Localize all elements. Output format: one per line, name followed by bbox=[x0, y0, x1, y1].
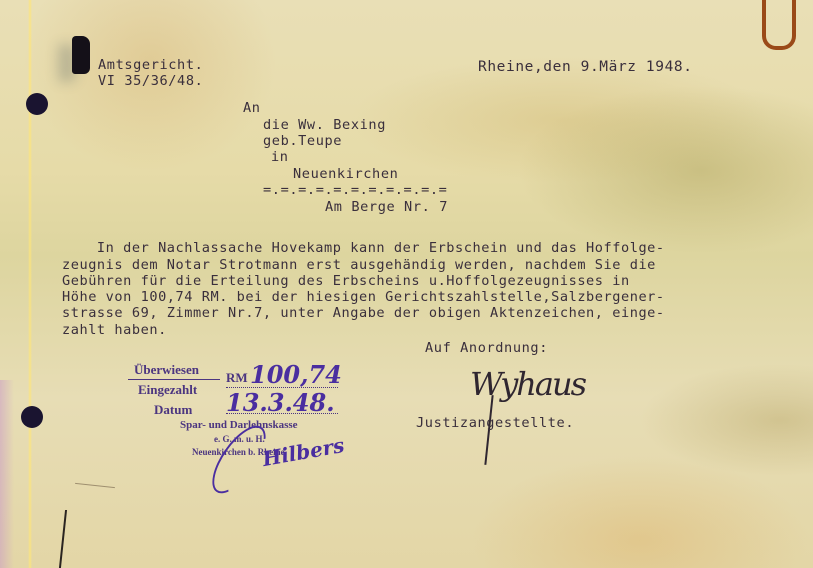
body-line: zeugnis dem Notar Strotmann erst ausgehä… bbox=[62, 257, 656, 273]
paper-crease bbox=[75, 483, 115, 488]
recipient-to: An bbox=[243, 101, 261, 116]
recipient-in: in bbox=[271, 150, 289, 165]
recipient-street: Am Berge Nr. 7 bbox=[325, 200, 448, 215]
edge-discoloration bbox=[0, 380, 14, 568]
stamp-date-label: Datum bbox=[154, 402, 192, 418]
stamp-bank-name: Spar- und Darlehnskasse bbox=[180, 419, 298, 431]
body-line: zahlt haben. bbox=[62, 322, 167, 338]
stamp-transferred: Überwiesen bbox=[134, 362, 199, 378]
stamp-signature: Hilbers bbox=[261, 433, 347, 471]
recipient-town: Neuenkirchen bbox=[293, 167, 398, 182]
punch-hole-top bbox=[26, 93, 48, 115]
address-separator: =.=.=.=.=.=.=.=.=.=.= bbox=[263, 183, 447, 198]
paper-fold-highlight bbox=[28, 0, 32, 568]
stamp-amount: 100,74 bbox=[250, 360, 342, 389]
stamp-paid-in: Eingezahlt bbox=[138, 382, 197, 398]
paper-tear bbox=[59, 510, 75, 568]
body-line: Höhe von 100,74 RM. bei der hiesigen Ger… bbox=[62, 289, 665, 305]
place-date: Rheine,den 9.März 1948. bbox=[478, 60, 693, 75]
file-number: VI 35/36/48. bbox=[98, 74, 203, 89]
stamp-currency: RM bbox=[226, 370, 248, 386]
punch-hole-bottom bbox=[21, 406, 43, 428]
body-line: strasse 69, Zimmer Nr.7, unter Angabe de… bbox=[62, 305, 665, 321]
paper-clip-icon bbox=[762, 0, 796, 50]
recipient-name: die Ww. Bexing bbox=[263, 118, 386, 133]
body-line: In der Nachlassache Hovekamp kann der Er… bbox=[62, 240, 665, 256]
ink-blot bbox=[72, 36, 90, 74]
clerk-title: Justizangestellte. bbox=[416, 416, 574, 431]
recipient-born: geb.Teupe bbox=[263, 134, 342, 149]
stamp-rule bbox=[128, 379, 220, 380]
body-line: Gebühren für die Erteilung des Erbschein… bbox=[62, 273, 630, 289]
office-name: Amtsgericht. bbox=[98, 58, 203, 73]
clerk-signature: Wyhaus bbox=[470, 365, 585, 403]
stamp-rule bbox=[226, 413, 338, 414]
on-order-label: Auf Anordnung: bbox=[425, 341, 548, 356]
